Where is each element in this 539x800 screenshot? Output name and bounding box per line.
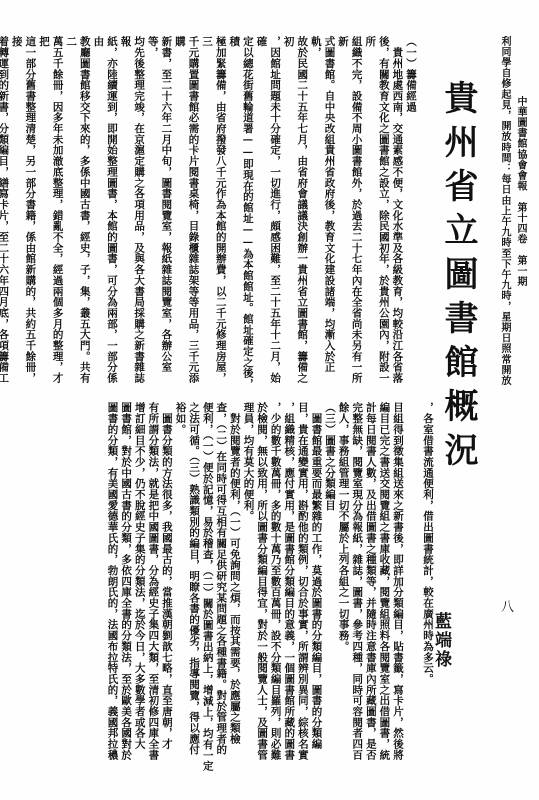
top-section-body: （一）籌備經過 貴州地處西南，交通素感不便，文化水準及各級教育，均較沿江各省落 …: [0, 36, 417, 391]
text-column: 後，有關教育文化之圖書館之設立，除民國初年，於貴州公園內，附設一所: [363, 36, 390, 391]
text-column: 圖書館，對於中國古書的分類，多依四庫全書的分類法，至於歐美各國對於: [119, 402, 133, 772]
text-column: 裕如。: [173, 402, 187, 772]
text-column: 於檢閱，無以致用，所以圖書分類編目得宜，對於一般閱覽人士，及圖書管: [254, 402, 268, 772]
text-column: ，因館址問題未十分確定，一切進行，頗感困難，至二十五年十二月，始確: [254, 36, 281, 391]
journal-name: 中華圖書館協會會報: [515, 96, 526, 191]
bottom-section-body-main: 目組得到徵集組送來之新書後，即詳加分類編目，貼書籤，寫卡片，然後將 編目已完之書…: [105, 402, 404, 772]
section-heading-1: （一）籌備經過: [403, 36, 417, 391]
text-column: 餘人，事務組管理一切不屬於上列各組之一切事務。: [336, 402, 350, 772]
journal-issue: 第一期: [515, 255, 526, 287]
text-column: 便利，（一）便於記憶，易於稽查，（二）關於圖書出納上，增減上，均有一定: [200, 402, 214, 772]
article-title: 貴州省立圖書館概況: [441, 80, 475, 476]
text-column: 理員，均有莫大的便利。: [241, 402, 255, 772]
journal-volume: 第十四卷: [515, 202, 526, 244]
text-column: 目，貴在通變實用，斟酌他的類例，切合於事實，所謂辨別異同，綜核名實: [295, 402, 309, 772]
text-column: 定以總花街舊輪道署——即現在的館址——為本館館址。館址確定之後，積: [227, 36, 254, 391]
text-column: 萬五千餘冊，因多年未加澈底整理，錯亂不全，經過兩個多月的整理，才把: [36, 36, 63, 391]
text-column: 千元購置圖書館必需的卡片閱書桌椅，目錄櫃雜誌架等等用品，三千元添購: [172, 36, 199, 391]
text-column: 查，（二）在同時可得互相有關足供研究某問題之各種書籍。對於管理者的: [214, 402, 228, 772]
text-column: 教廳圖書館移交下來的，多係中國古書，經史，子，集，叢五大門。共有二: [64, 36, 91, 391]
text-column: 圖書的分類，有美國愛德華氏的，勃朗氏的，法國布拉特氏的，義國邦拉穠: [105, 402, 119, 772]
document-page: 中華圖書館協會會報 第十四卷 第一期 利同學自修起見，開放時間：每日由上午九時至…: [0, 0, 539, 800]
bottom-section-body: ，各室借書流通便利，借出圖書統計，較在廣州時為多云。: [420, 402, 434, 772]
text-column: 目組得到徵集組送來之新書後，即詳加分類編目，貼書籤，寫卡片，然後將: [390, 402, 404, 772]
text-column: 均先後整理完竣，在京滬定購之各項用品，及與各大書局採購之新書雜誌報: [118, 36, 145, 391]
text-column: 完整無缺，閱覽室現分為報紙，雜誌，圖書，參考四種，同時可容閱者四百: [350, 402, 364, 772]
text-column: 故於民國二十五年七月，由省府會議議決創辦一貴州省立圖書館，籌備之初: [281, 36, 308, 391]
text-column: 式圖書館。自中央改組貴州省政府後，教育文化建設諸端，均漸入於正軌，: [308, 36, 335, 391]
opening-hours-note: 利同學自修起見，開放時間：每日由上午九時至下午九時，星期日照常開放: [499, 36, 509, 386]
text-column: 紙，亦陸續運到，即開始整理圖書，本館的圖書，可分為兩部，一部分係由: [91, 36, 118, 391]
text-column: 着轉運到的新書，分類編目，繕寫卡片，至二十六年四月底，各項籌備工作: [0, 36, 9, 391]
text-column: 編目已完之書送交閱覽組之書庫收藏，閱覽組照料各閱覽室之出借圖書，統: [377, 402, 391, 772]
page-number: 八: [501, 596, 514, 615]
text-column: 對於閱覽者的便利，（一）可免詢問之煩，而按其需要，於應屬之類檢: [227, 402, 241, 772]
text-column: 新書，至二十六年二月中旬，圖書閱覽室，報紙雜誌閱覽室，各辦公室等，: [145, 36, 172, 391]
text-column: 極加緊籌備，由省府撥發八千元作為本館的開辦費，以二千元修理房屋，三: [200, 36, 227, 391]
journal-header: 中華圖書館協會會報 第十四卷 第一期: [515, 96, 525, 287]
text-column: 圖書分類的方法很多，我國最古的，當推漢朝劉歆七略，直至唐朝，才: [159, 402, 173, 772]
text-column: ，各室借書流通便利，借出圖書統計，較在廣州時為多云。: [420, 402, 434, 772]
text-column: 圖書館最重要而最繁雜的工作，莫過於圖書的分類編目，圖書的分類編: [309, 402, 323, 772]
text-column: ，少的數千數萬冊，多的數十萬乃至數百萬冊，設不分類編目羅列，則必難: [268, 402, 282, 772]
text-column: 計每日閱書人數，及出借圖書之種類等，并隨時注意書庫內所藏圖書，是否: [363, 402, 377, 772]
text-column: 貴州地處西南，交通素感不便，文化水準及各級教育，均較沿江各省落: [390, 36, 404, 391]
text-column: ，組織精核，應付實用，是圖書館分類編目的意義，一個圖書館所藏的圖書: [282, 402, 296, 772]
text-column: 有所謂分類法，就是把中國圖書，分為經史子集四大類，至清初修四庫全書: [146, 402, 160, 772]
text-column: 之法可循。（三）熟識類別的編目，明瞭各書的優劣，指導閱覽，得以應付: [187, 402, 201, 772]
text-column: 這一部分舊書整理清楚，另一部分書籍，係由館新購的，共約五千餘冊，接: [9, 36, 36, 391]
text-column: 增訂細目不少，仍不脫經史子集的分類法，迄於今日，大多數學者或各大: [132, 402, 146, 772]
section-heading-3: （三）圖書之分類編目: [322, 402, 336, 772]
text-column: 組織不完，設備不周小圖書館外，於過去二十七年內在全省尚未另有一所新: [335, 36, 362, 391]
